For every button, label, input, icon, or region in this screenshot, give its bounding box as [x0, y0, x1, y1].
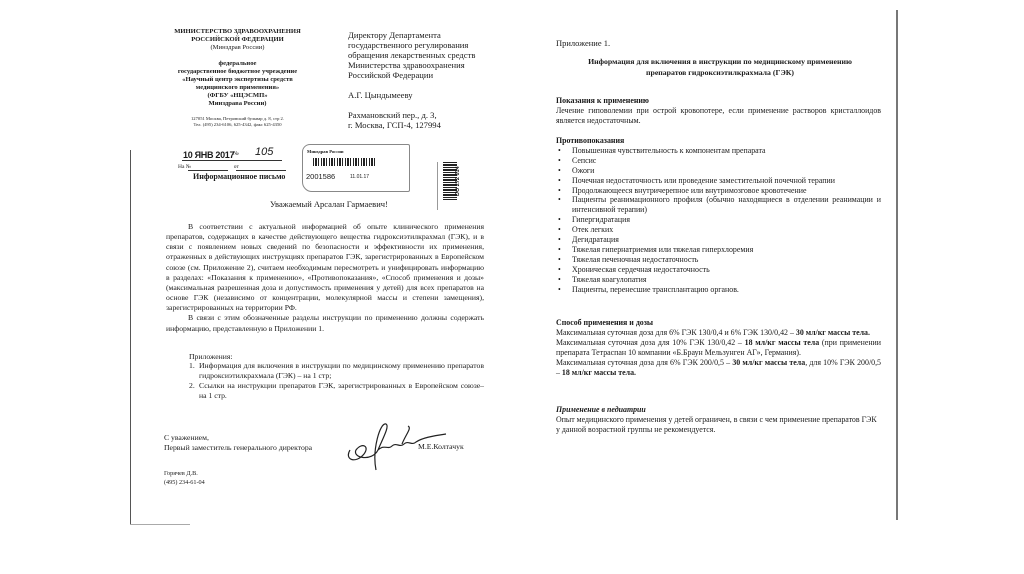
attachments-label: Приложения:	[189, 352, 233, 361]
reference-underline	[188, 170, 228, 171]
dose-text: Максимальная суточная доза для 6% ГЭК 13…	[556, 328, 796, 337]
contraindications-list: Повышенная чувствительность к компонента…	[556, 146, 881, 295]
ministry-line: (Минздрав России)	[165, 44, 310, 52]
recipient-line: Директору Департамента	[348, 30, 528, 40]
executor-phone: (495) 234-61-04	[164, 479, 205, 488]
org-line: (ФГБУ «НЦЭСМП»	[165, 92, 310, 100]
contraindication-item: Ожоги	[556, 166, 881, 176]
ministry-line: РОССИЙСКОЙ ФЕДЕРАЦИИ	[165, 36, 310, 44]
divider	[437, 162, 438, 210]
recipient-line: Российской Федерации	[348, 70, 528, 80]
recipient-line: Министерства здравоохранения	[348, 60, 528, 70]
signer-name: М.Е.Колтачук	[418, 442, 464, 451]
recipient-block: Директору Департамента государственного …	[348, 30, 528, 130]
attachment-item: 1.Информация для включения в инструкции …	[189, 361, 484, 381]
address-line: Рахмановский пер., д. 3,	[348, 110, 528, 120]
section-heading: Противопоказания	[556, 136, 881, 146]
side-code: DO 272 014	[455, 166, 461, 196]
contraindication-item: Хроническая сердечная недостаточность	[556, 265, 881, 275]
org-line: федеральное	[165, 60, 310, 68]
dose-text: Максимальная суточная доза для 6% ГЭК 20…	[556, 358, 732, 367]
phone-line: Тел. (495) 234-6106, 625-4342, факс 625-…	[165, 122, 310, 128]
contraindication-item: Повышенная чувствительность к компонента…	[556, 146, 881, 156]
contraindication-item: Отек легких	[556, 225, 881, 235]
pediatrics-section: Применение в педиатрии Опыт медицинского…	[556, 405, 881, 435]
section-heading: Применение в педиатрии	[556, 405, 881, 415]
org-line: Минздрава России)	[165, 100, 310, 108]
executor-block: Горячев Д.В. (495) 234-61-04	[164, 470, 205, 487]
number-label: №	[233, 151, 239, 157]
contraindication-item: Продолжающееся внутричерепное или внутри…	[556, 186, 881, 196]
signer-position: Первый заместитель генерального директор…	[164, 443, 312, 453]
section-heading: Способ применения и дозы	[556, 318, 881, 328]
contraindications-section: Противопоказания Повышенная чувствительн…	[556, 136, 881, 295]
dose-value: 30 мл/кг массы тела	[796, 328, 868, 337]
contraindication-item: Тяжелая гипернатриемия или тяжелая гипер…	[556, 245, 881, 255]
appendix-title: Информация для включения в инструкции по…	[555, 57, 885, 78]
attachments-list: 1.Информация для включения в инструкции …	[189, 361, 484, 401]
contraindication-item: Пациенты, перенесшие трансплантацию орга…	[556, 285, 881, 295]
sender-address: 127051 Москва, Петровский бульвар д. 8, …	[165, 116, 310, 128]
contraindication-item: Тяжелая печеночная недостаточность	[556, 255, 881, 265]
dose-tail: .	[634, 368, 636, 377]
dosage-paragraph: Максимальная суточная доза для 10% ГЭК 1…	[556, 338, 881, 358]
section-text: Опыт медицинского применения у детей огр…	[556, 415, 881, 435]
stamp-title: Минздрав России	[307, 149, 344, 154]
paragraph: В соответствии с актуальной информацией …	[166, 222, 484, 313]
item-text: Информация для включения в инструкции по…	[199, 361, 484, 381]
regards: С уважением,	[164, 433, 312, 443]
dosage-paragraph: Максимальная суточная доза для 6% ГЭК 13…	[556, 328, 881, 338]
ministry-line: МИНИСТЕРСТВО ЗДРАВООХРАНЕНИЯ	[165, 28, 310, 36]
contraindication-item: Гипергидратация	[556, 215, 881, 225]
reference-underline	[236, 170, 286, 171]
indications-section: Показания к применению Лечение гиповолем…	[556, 96, 881, 126]
executor-name: Горячев Д.В.	[164, 470, 205, 479]
item-number: 2.	[189, 381, 199, 401]
recipient-name: А.Г. Цындымееву	[348, 90, 528, 100]
org-line: государственное бюджетное учреждение	[165, 68, 310, 76]
dose-value: 18 мл/кг массы тела	[562, 368, 634, 377]
contraindication-item: Тяжелая коагулопатия	[556, 275, 881, 285]
letter-type: Информационное письмо	[193, 172, 285, 181]
appendix-label: Приложение 1.	[556, 38, 610, 48]
registration-number: 105	[255, 146, 273, 158]
recipient-line: обращения лекарственных средств	[348, 50, 528, 60]
barcode-icon	[313, 158, 375, 166]
dose-value: 30 мл/кг массы тела	[732, 358, 805, 367]
org-line: медицинского применения»	[165, 84, 310, 92]
contraindication-item: Дегидратация	[556, 235, 881, 245]
paragraph: В связи с этим обозначенные разделы инст…	[166, 313, 484, 333]
org-line: «Научный центр экспертизы средств	[165, 76, 310, 84]
contraindication-item: Сепсис	[556, 156, 881, 166]
section-text: Лечение гиповолемии при острой кровопоте…	[556, 106, 881, 126]
dose-text: Максимальная суточная доза для 10% ГЭК 1…	[556, 338, 745, 347]
date-underline	[182, 160, 282, 161]
dose-value: 18 мл/кг массы тела	[745, 338, 820, 347]
stamp-number: 2001586	[306, 172, 335, 181]
closing: С уважением, Первый заместитель генераль…	[164, 433, 312, 453]
address-line: г. Москва, ГСП-4, 127994	[348, 120, 528, 130]
attachment-item: 2.Ссылки на инструкции препаратов ГЭК, з…	[189, 381, 484, 401]
dosage-section: Способ применения и дозы Максимальная су…	[556, 318, 881, 377]
recipient-address: Рахмановский пер., д. 3, г. Москва, ГСП-…	[348, 110, 528, 130]
contraindication-item: Почечная недостаточность или проведение …	[556, 176, 881, 186]
contraindication-item: Пациенты реанимационного профиля (обычно…	[556, 195, 881, 215]
left-page-border-bottom	[130, 524, 190, 525]
item-number: 1.	[189, 361, 199, 381]
recipient-line: государственного регулирования	[348, 40, 528, 50]
left-page-border	[130, 150, 131, 525]
sender-block: МИНИСТЕРСТВО ЗДРАВООХРАНЕНИЯ РОССИЙСКОЙ …	[165, 28, 310, 128]
right-page-border	[896, 10, 898, 520]
title-line: препаратов гидроксиэтилкрахмала (ГЭК)	[555, 68, 885, 79]
registration-date: 10 ЯНВ 2017	[183, 150, 234, 160]
letter-body: В соответствии с актуальной информацией …	[166, 222, 484, 334]
section-heading: Показания к применению	[556, 96, 881, 106]
salutation: Уважаемый Арсалан Гармаевич!	[270, 199, 388, 209]
dosage-paragraph: Максимальная суточная доза для 6% ГЭК 20…	[556, 358, 881, 378]
stamp-date: 11.01.17	[350, 174, 369, 180]
item-text: Ссылки на инструкции препаратов ГЭК, зар…	[199, 381, 484, 401]
dose-tail: .	[868, 328, 870, 337]
title-line: Информация для включения в инструкции по…	[555, 57, 885, 68]
